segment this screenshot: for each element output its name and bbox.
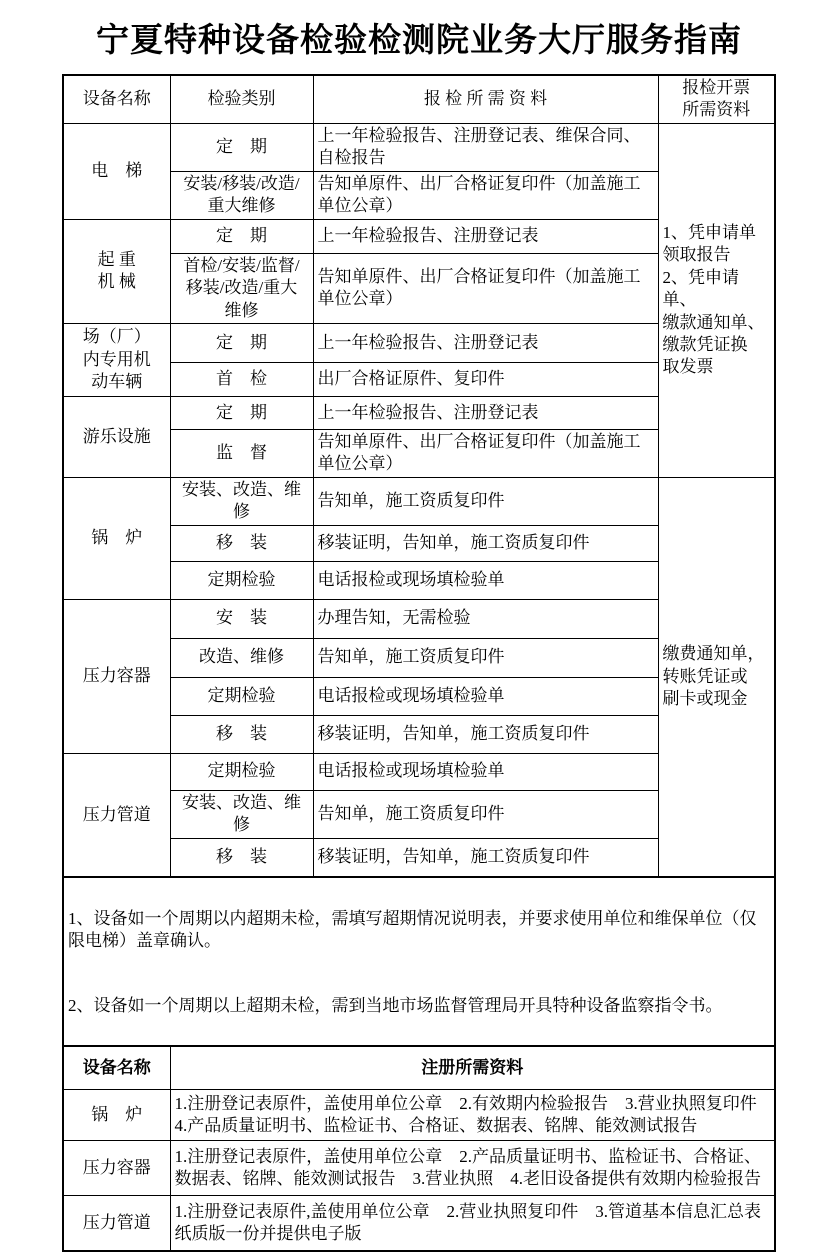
invoice-cell-payment: 缴费通知单， 转账凭证或 刷卡或现金 [658,477,775,877]
materials-cell: 办理告知，无需检验 [313,599,658,638]
category-cell: 监 督 [170,429,313,477]
materials-cell: 告知单原件、出厂合格证复印件（加盖施工单位公章） [313,253,658,323]
materials-cell: 电话报检或现场填检验单 [313,561,658,599]
page-title: 宁夏特种设备检验检测院业务大厅服务指南 [0,14,838,61]
category-cell: 定期检验 [170,561,313,599]
registration-materials-cell: 1.注册登记表原件,盖使用单位公章 2.营业执照复印件 3.管道基本信息汇总表 … [170,1196,775,1251]
document-page: 宁夏特种设备检验检测院业务大厅服务指南 设备名称 检验类别 报 检 所 需 资 … [0,0,838,1252]
materials-cell: 上一年检验报告、注册登记表 [313,396,658,429]
note-overdue-beyond-cycle: 2、设备如一个周期以上超期未检，需到当地市场监督管理局开具特种设备监察指令书。 [68,995,770,1017]
materials-cell: 告知单，施工资质复印件 [313,790,658,838]
materials-cell: 电话报检或现场填检验单 [313,753,658,790]
device-cell-pressure-vessel-reg: 压力容器 [63,1141,170,1196]
device-cell-factory-vehicle: 场（厂） 内专用机 动车辆 [63,323,170,396]
category-cell: 首 检 [170,362,313,396]
category-cell: 定 期 [170,323,313,362]
device-cell-crane: 起 重 机 械 [63,219,170,323]
materials-cell: 移装证明，告知单，施工资质复印件 [313,715,658,753]
header-inspection-materials: 报 检 所 需 资 料 [313,75,658,123]
category-cell: 首检/安装/监督/ 移装/改造/重大 维修 [170,253,313,323]
category-cell: 安 装 [170,599,313,638]
device-cell-pressure-pipeline-reg: 压力管道 [63,1196,170,1251]
category-cell: 移 装 [170,715,313,753]
materials-cell: 告知单原件、出厂合格证复印件（加盖施工单位公章） [313,429,658,477]
materials-cell: 移装证明，告知单，施工资质复印件 [313,838,658,877]
table-row: 锅 炉 安装、改造、维修 告知单，施工资质复印件 缴费通知单， 转账凭证或 刷卡… [63,477,775,525]
category-cell: 安装、改造、维修 [170,477,313,525]
materials-cell: 上一年检验报告、注册登记表 [313,323,658,362]
device-cell-elevator: 电 梯 [63,123,170,219]
category-cell: 定 期 [170,123,313,171]
device-cell-pressure-pipeline: 压力管道 [63,753,170,877]
table-row: 压力管道 1.注册登记表原件,盖使用单位公章 2.营业执照复印件 3.管道基本信… [63,1196,775,1251]
materials-cell: 上一年检验报告、注册登记表、维保合同、自检报告 [313,123,658,171]
device-cell-boiler: 锅 炉 [63,477,170,599]
category-cell: 定期检验 [170,753,313,790]
materials-cell: 告知单，施工资质复印件 [313,477,658,525]
materials-cell: 告知单原件、出厂合格证复印件（加盖施工单位公章） [313,171,658,219]
table-row: 锅 炉 1.注册登记表原件，盖使用单位公章 2.有效期内检验报告 3.营业执照复… [63,1090,775,1141]
materials-cell: 上一年检验报告、注册登记表 [313,219,658,253]
registration-materials-cell: 1.注册登记表原件，盖使用单位公章 2.产品质量证明书、监检证书、合格证、数据表… [170,1141,775,1196]
materials-cell: 移装证明，告知单，施工资质复印件 [313,525,658,561]
header-device-name: 设备名称 [63,75,170,123]
category-cell: 定 期 [170,219,313,253]
materials-cell: 出厂合格证原件、复印件 [313,362,658,396]
category-cell: 移 装 [170,525,313,561]
table-row: 压力容器 1.注册登记表原件，盖使用单位公章 2.产品质量证明书、监检证书、合格… [63,1141,775,1196]
header2-registration-materials: 注册所需资料 [170,1046,775,1090]
registration-materials-cell: 1.注册登记表原件，盖使用单位公章 2.有效期内检验报告 3.营业执照复印件 4… [170,1090,775,1141]
header-inspection-category: 检验类别 [170,75,313,123]
table1-header-row: 设备名称 检验类别 报 检 所 需 资 料 报检开票 所需资料 [63,75,775,123]
header2-device-name: 设备名称 [63,1046,170,1090]
header-invoice-materials: 报检开票 所需资料 [658,75,775,123]
device-cell-amusement: 游乐设施 [63,396,170,477]
table2-header-row: 设备名称 注册所需资料 [63,1046,775,1090]
invoice-cell-report: 1、凭申请单 领取报告 2、凭申请单、 缴款通知单、 缴款凭证换 取发票 [658,123,775,477]
service-guide-table: 设备名称 检验类别 报 检 所 需 资 料 报检开票 所需资料 电 梯 定 期 … [62,74,776,1252]
category-cell: 移 装 [170,838,313,877]
category-cell: 定 期 [170,396,313,429]
materials-cell: 电话报检或现场填检验单 [313,677,658,715]
category-cell: 改造、维修 [170,638,313,677]
device-cell-boiler-reg: 锅 炉 [63,1090,170,1141]
category-cell: 定期检验 [170,677,313,715]
device-cell-pressure-vessel: 压力容器 [63,599,170,753]
notes-row: 1、设备如一个周期以内超期未检，需填写超期情况说明表，并要求使用单位和维保单位（… [63,877,775,1046]
materials-cell: 告知单，施工资质复印件 [313,638,658,677]
category-cell: 安装、改造、维修 [170,790,313,838]
category-cell: 安装/移装/改造/ 重大维修 [170,171,313,219]
note-overdue-within-cycle: 1、设备如一个周期以内超期未检，需填写超期情况说明表，并要求使用单位和维保单位（… [68,908,770,953]
notes-cell: 1、设备如一个周期以内超期未检，需填写超期情况说明表，并要求使用单位和维保单位（… [63,877,775,1046]
table-row: 电 梯 定 期 上一年检验报告、注册登记表、维保合同、自检报告 1、凭申请单 领… [63,123,775,171]
